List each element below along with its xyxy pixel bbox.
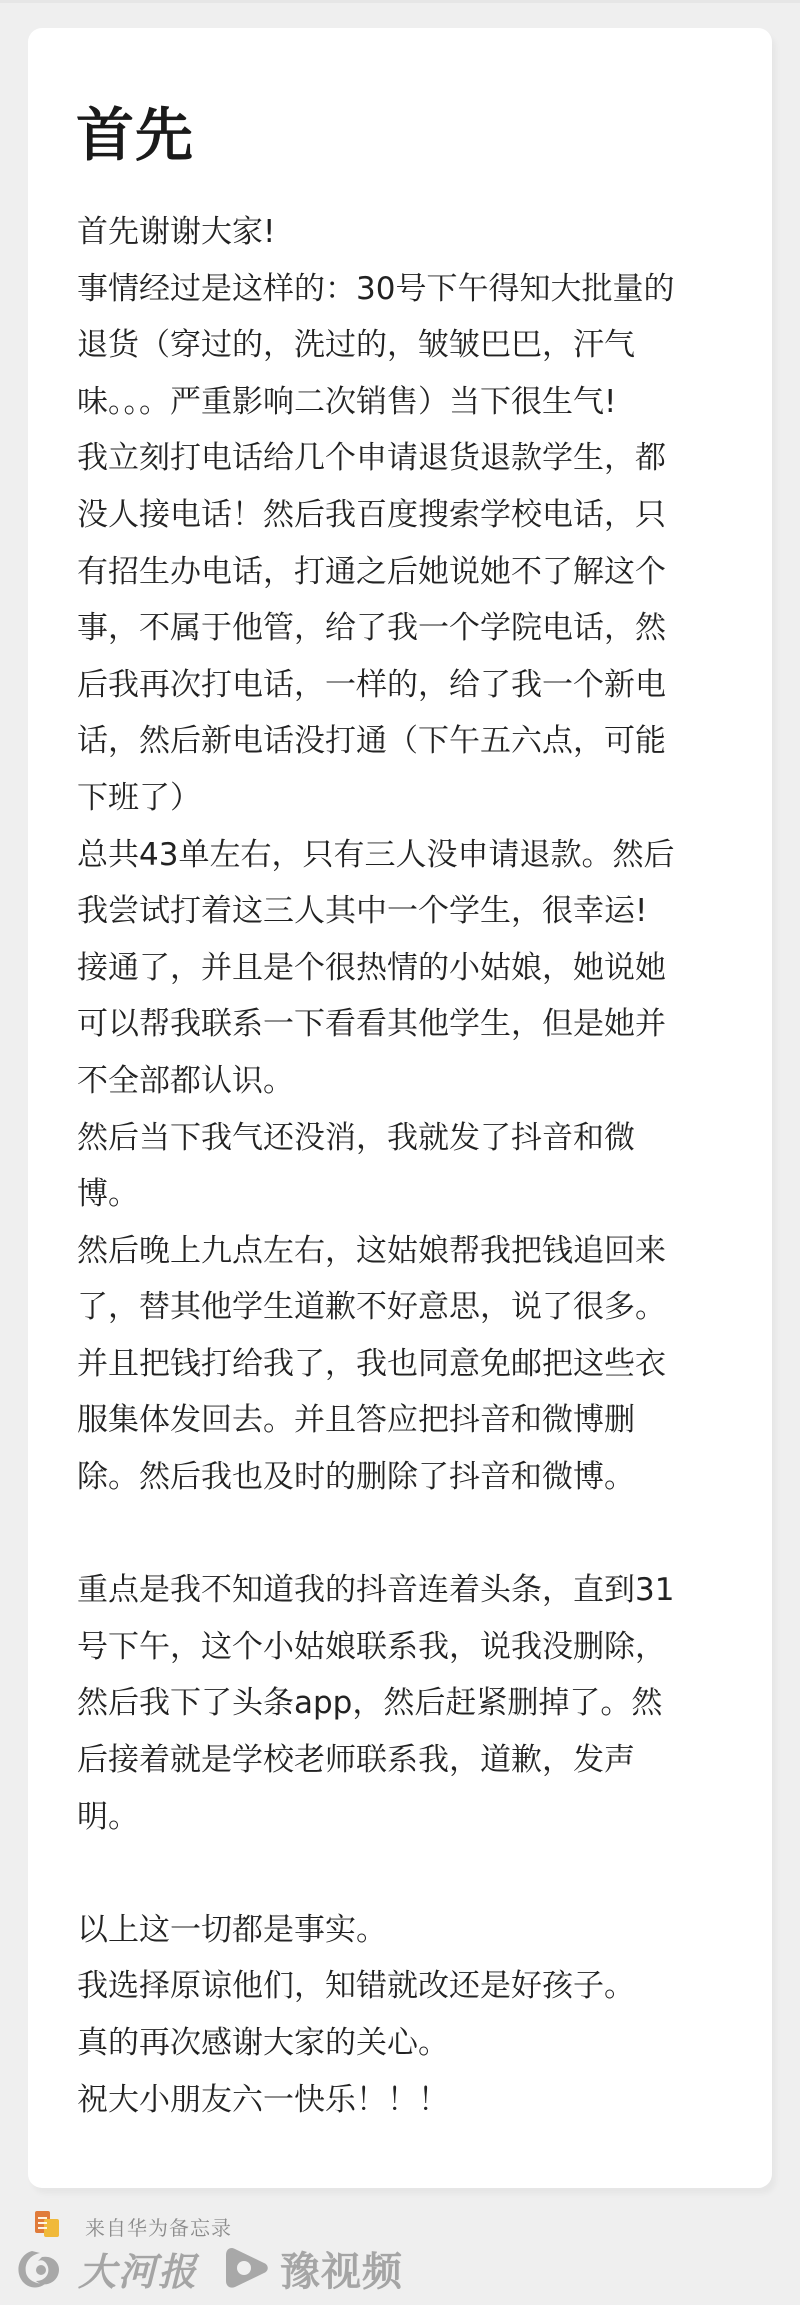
source-label: 来自华为备忘录	[85, 2212, 232, 2241]
note-line: 没人接电话！然后我百度搜索学校电话，只	[77, 487, 742, 544]
play-icon	[224, 2244, 270, 2292]
blank-line	[77, 1506, 742, 1563]
note-line: 除。然后我也及时的删除了抖音和微博。	[77, 1449, 742, 1506]
note-line: 真的再次感谢大家的关心。	[77, 2015, 742, 2072]
note-line: 服集体发回去。并且答应把抖音和微博删	[77, 1392, 742, 1449]
video-brand: 豫视频	[280, 2240, 403, 2297]
notes-app-icon	[33, 2209, 65, 2243]
note-line: 首先谢谢大家!	[77, 204, 742, 261]
note-line: 博。	[77, 1166, 742, 1223]
note-body[interactable]: 首先谢谢大家! 事情经过是这样的：30号下午得知大批量的 退货（穿过的，洗过的，…	[77, 204, 742, 2128]
note-line: 然后晚上九点左右，这姑娘帮我把钱追回来	[77, 1223, 742, 1280]
note-line: 下班了）	[77, 770, 742, 827]
note-line: 可以帮我联系一下看看其他学生，但是她并	[77, 996, 742, 1053]
note-line: 了，替其他学生道歉不好意思，说了很多。	[77, 1279, 742, 1336]
note-line: 事，不属于他管，给了我一个学院电话，然	[77, 600, 742, 657]
watermark: 大河报 豫视频	[12, 2242, 403, 2294]
note-line: 我立刻打电话给几个申请退货退款学生，都	[77, 430, 742, 487]
note-line: 然后我下了头条app，然后赶紧删掉了。然	[77, 1675, 742, 1732]
note-line: 总共43单左右，只有三人没申请退款。然后	[77, 827, 742, 884]
blank-line	[77, 1845, 742, 1902]
note-line: 后接着就是学校老师联系我，道歉，发声	[77, 1732, 742, 1789]
note-line: 接通了，并且是个很热情的小姑娘，她说她	[77, 940, 742, 997]
note-line: 并且把钱打给我了，我也同意免邮把这些衣	[77, 1336, 742, 1393]
note-line: 事情经过是这样的：30号下午得知大批量的	[77, 261, 742, 318]
note-line: 后我再次打电话，一样的，给了我一个新电	[77, 657, 742, 714]
note-source: 来自华为备忘录	[33, 2208, 232, 2244]
newspaper-name: 大河报	[78, 2241, 198, 2296]
note-line: 我选择原谅他们，知错就改还是好孩子。	[77, 1958, 742, 2015]
note-line: 我尝试打着这三人其中一个学生，很幸运!	[77, 883, 742, 940]
top-edge	[0, 0, 800, 3]
note-line: 不全部都认识。	[77, 1053, 742, 1110]
note-line: 号下午，这个小姑娘联系我，说我没删除，	[77, 1619, 742, 1676]
note-title: 首先	[76, 100, 194, 170]
note-line: 味。。。严重影响二次销售）当下很生气!	[77, 374, 742, 431]
note-line: 以上这一切都是事实。	[77, 1902, 742, 1959]
note-line: 有招生办电话，打通之后她说她不了解这个	[77, 544, 742, 601]
note-line: 然后当下我气还没消，我就发了抖音和微	[77, 1110, 742, 1167]
note-line: 退货（穿过的，洗过的，皱皱巴巴，汗气	[77, 317, 742, 374]
note-line: 明。	[77, 1789, 742, 1846]
dahebao-logo-icon	[12, 2243, 68, 2293]
note-line: 重点是我不知道我的抖音连着头条，直到31	[77, 1562, 742, 1619]
note-line: 话，然后新电话没打通（下午五六点，可能	[77, 713, 742, 770]
note-card: 首先 首先谢谢大家! 事情经过是这样的：30号下午得知大批量的 退货（穿过的，洗…	[28, 28, 772, 2188]
note-line: 祝大小朋友六一快乐！！！	[77, 2072, 742, 2129]
